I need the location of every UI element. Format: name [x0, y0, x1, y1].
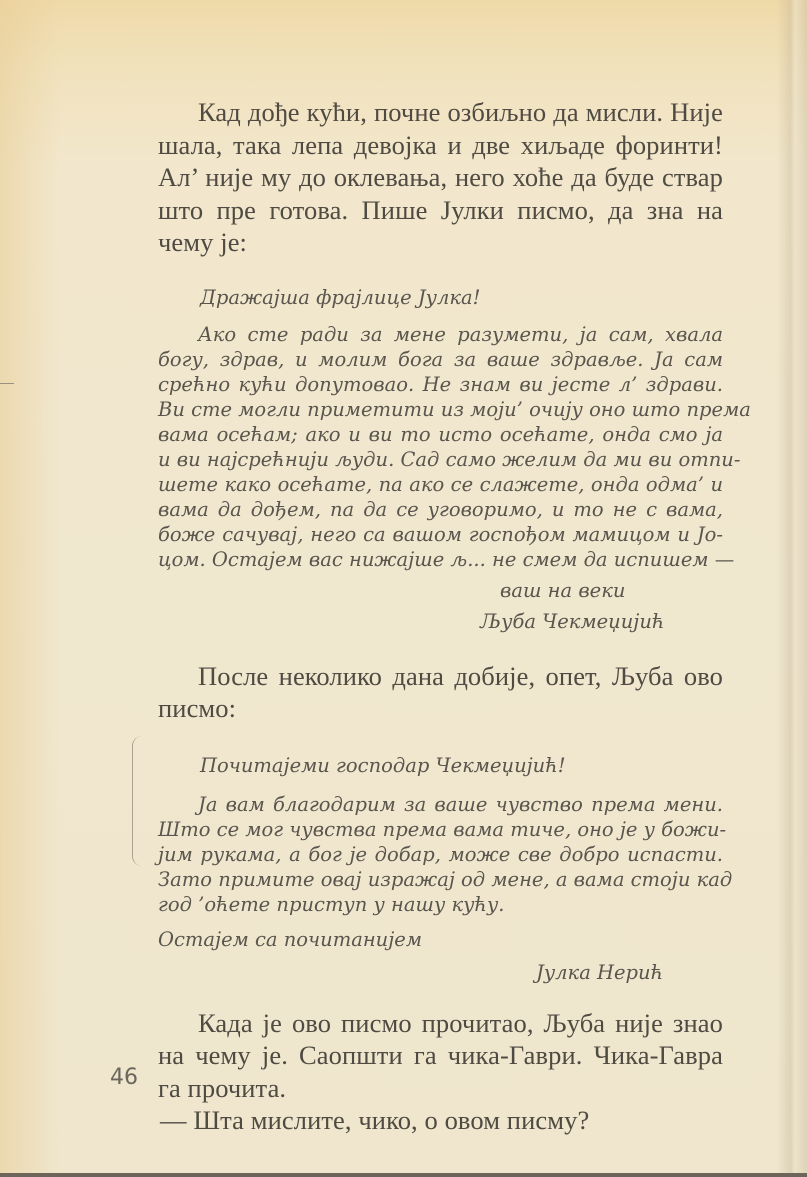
letter-line: и ви најсрећнији људи. Сад само желим да… — [158, 447, 723, 472]
paper-stain — [0, 0, 60, 1177]
letter-body: Ако сте ради за мене разумети, ја сам, х… — [158, 322, 723, 572]
text-line: После неколико дана добије, опет, Љуба о… — [158, 660, 723, 693]
letter-closing: ваш на веки — [158, 578, 723, 603]
letter-salutation: Дражајша фрајлице Јулка! — [158, 285, 723, 310]
letter-line: Ако сте ради за мене разумети, ја сам, х… — [158, 322, 723, 347]
letter-1: Дражајша фрајлице Јулка! Ако сте ради за… — [158, 285, 723, 634]
book-gutter — [777, 0, 807, 1177]
page-edge — [0, 1173, 807, 1177]
text-line: шала, така лепа девојка и две хиљаде фор… — [158, 129, 723, 162]
letter-signature: Јулка Нерић — [158, 960, 723, 985]
letter-line: вама да дођем, па да се уговоримо, и то … — [158, 497, 723, 522]
pencil-bracket-mark — [132, 736, 145, 866]
paragraph-2: После неколико дана добије, опет, Љуба о… — [158, 660, 723, 725]
margin-mark — [0, 383, 14, 384]
text-line: Кад дође кући, почне озбиљно да мисли. Н… — [158, 96, 723, 129]
letter-line: Што се мог чувства према вама тиче, оно … — [158, 817, 723, 842]
letter-line: Ја вам благодарим за ваше чувство према … — [158, 792, 723, 817]
text-line: писмо: — [158, 692, 723, 725]
text-line: чему је: — [158, 226, 723, 259]
letter-body: Ја вам благодарим за ваше чувство према … — [158, 792, 723, 917]
letter-line: вама осећам; ако и ви то исто осећате, о… — [158, 422, 723, 447]
letter-line: боже сачувај, него са вашом госпођом мам… — [158, 522, 723, 547]
letter-line: богу, здрав, и молим бога за ваше здрављ… — [158, 347, 723, 372]
letter-line: Зато примите овај изражај од мене, а вам… — [158, 867, 723, 892]
text-line: Када је ово писмо прочитао, Љуба није зн… — [158, 1007, 723, 1040]
letter-2: Почитајеми господар Чекмеџијић! Ја вам б… — [158, 753, 723, 985]
letter-signature: Љуба Чекмеџијић — [158, 609, 723, 634]
page-number: 46 — [110, 1065, 138, 1090]
paragraph-1: Кад дође кући, почне озбиљно да мисли. Н… — [158, 96, 723, 259]
text-line: што пре готова. Пише Јулки писмо, да зна… — [158, 194, 723, 227]
text-line: Ал’ није му до оклевања, него хоће да бу… — [158, 161, 723, 194]
text-line: га прочита. — [158, 1072, 723, 1105]
dialogue-line: — Шта мислите, чико, о овом писму? — [158, 1104, 723, 1137]
letter-line: год ’оћете приступ у нашу кућу. — [158, 892, 723, 917]
letter-line: цом. Остајем вас нижајше љ... не смем да… — [158, 547, 723, 572]
letter-line: Ви сте могли приметити из моји’ очију он… — [158, 397, 723, 422]
book-page: Кад дође кући, почне озбиљно да мисли. Н… — [158, 96, 723, 1137]
text-line: на чему је. Саопшти га чика-Гаври. Чика-… — [158, 1039, 723, 1072]
letter-line: јим рукама, а бог је добар, може све доб… — [158, 842, 723, 867]
letter-line: шете како осећате, па ако се слажете, он… — [158, 472, 723, 497]
letter-salutation: Почитајеми господар Чекмеџијић! — [158, 753, 723, 778]
letter-line: срећно кући допутовао. Не знам ви јесте … — [158, 372, 723, 397]
paragraph-3: Када је ово писмо прочитао, Љуба није зн… — [158, 1007, 723, 1137]
letter-closing: Остајем са почитанијем — [158, 927, 723, 952]
